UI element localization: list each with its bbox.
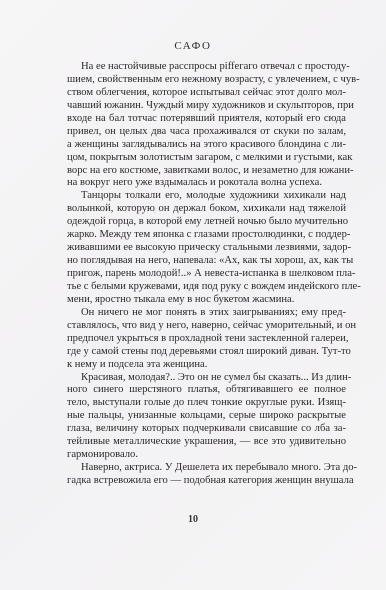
text-line: мени, яростно тыкала ему в нос букетом ж… bbox=[67, 294, 346, 307]
text-line: ные пальцы, унизанные кольцами, серые ши… bbox=[67, 410, 346, 423]
text-line: На ее настойчивые расспросы piffeгаго от… bbox=[67, 61, 346, 74]
text-line: Танцоры толкали его, молодые художники х… bbox=[67, 190, 346, 203]
text-line: пригож, парень молодой!..» А невеста-исп… bbox=[67, 268, 346, 281]
text-line: живавшими ее высокую прическу стальными … bbox=[67, 242, 346, 255]
text-line: тье с белыми кружевами, идя под руку с в… bbox=[67, 281, 346, 294]
text-line: привел, он целых два часа прохаживался о… bbox=[67, 126, 346, 139]
paragraph-5: Наверно, актриса. У Дешелета их перебыва… bbox=[67, 462, 346, 488]
paragraph-4: Красивая, молодая?.. Это он не сумел бы … bbox=[67, 372, 346, 463]
text-line: к нему и подсела эта женщина. bbox=[67, 359, 346, 372]
text-line: гадка встревожила его — подобная категор… bbox=[67, 475, 346, 488]
body-text: На ее настойчивые расспросы piffeгаго от… bbox=[67, 61, 346, 488]
text-line: ставлялось, что вид у него, наверно, сей… bbox=[67, 320, 346, 333]
text-line: цом, покрытым золотистым загаром, с мелк… bbox=[67, 152, 346, 165]
text-line: Он ничего не мог понять в этих заигрыван… bbox=[67, 307, 346, 320]
text-line: Красивая, молодая?.. Это он не сумел бы … bbox=[67, 372, 346, 385]
text-line: одеждой горца, в которой ему летней ночь… bbox=[67, 216, 346, 229]
text-line: тело, выступали голые до плеч тонкие окр… bbox=[67, 397, 346, 410]
text-line: Наверно, актриса. У Дешелета их перебыва… bbox=[67, 462, 346, 475]
text-line: но поглядывая на него, напевала: «Ах, ка… bbox=[67, 255, 346, 268]
text-line: шием, свойственным его нежному возрасту,… bbox=[67, 74, 346, 87]
text-line: предпочел укрыться в прохладной тени зас… bbox=[67, 333, 346, 346]
text-line: чавший южанин. Чуждый миру художников и … bbox=[67, 100, 346, 113]
text-line: тейливые металлические украшения, — все … bbox=[67, 436, 346, 449]
text-line: гармонировало. bbox=[67, 449, 346, 462]
text-line: ного синего шерстяного платья, обтягивав… bbox=[67, 384, 346, 397]
text-line: где у самой стены под деревьями стоял ши… bbox=[67, 346, 346, 359]
text-line: глаза, величину которых подчеркивали сви… bbox=[67, 423, 346, 436]
text-line: волынкой, которую он держал боком, хихик… bbox=[67, 203, 346, 216]
paragraph-1: На ее настойчивые расспросы piffeгаго от… bbox=[67, 61, 346, 190]
text-line: ством облегчения, которое испытывал сейч… bbox=[67, 87, 346, 100]
paragraph-3: Он ничего не мог понять в этих заигрыван… bbox=[67, 307, 346, 372]
page-number: 10 bbox=[0, 514, 386, 525]
book-page: САФО На ее настойчивые расспросы piffeга… bbox=[0, 0, 386, 590]
text-line: жарко. Между тем японка с глазами просто… bbox=[67, 229, 346, 242]
text-line: а женщины заглядывались на этого красиво… bbox=[67, 139, 346, 152]
text-line: на вокруг него уже вздымалась и рокотала… bbox=[67, 177, 346, 190]
paragraph-2: Танцоры толкали его, молодые художники х… bbox=[67, 190, 346, 306]
running-head: САФО bbox=[0, 40, 386, 52]
text-line: входе на бал тотчас потерявший приятеля,… bbox=[67, 113, 346, 126]
text-line: ворс на его костюме, завитками волос, и … bbox=[67, 165, 346, 178]
